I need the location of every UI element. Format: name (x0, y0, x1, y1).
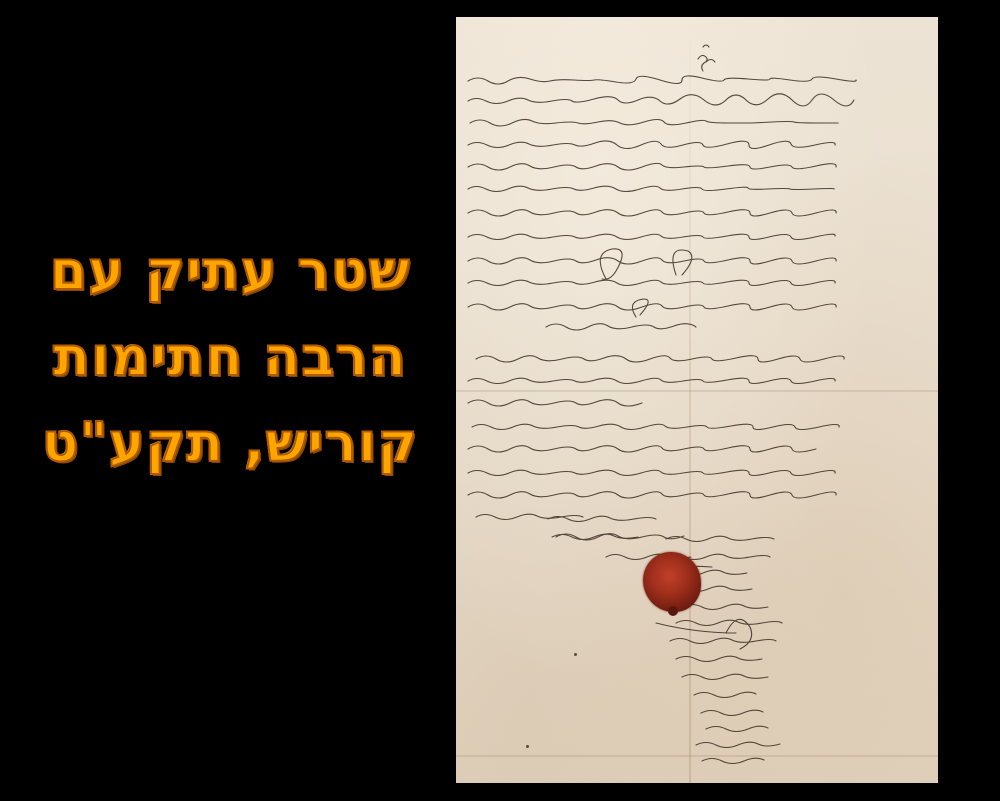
caption-title: שטר עתיק עם הרבה חתימות קוריש, תקע"ט (30, 228, 430, 486)
ink-speck (526, 745, 529, 748)
ink-speck (574, 653, 577, 656)
handwritten-text (456, 17, 938, 783)
caption-line-2: הרבה חתימות (30, 314, 430, 400)
wax-seal (643, 552, 701, 612)
caption-line-1: שטר עתיק עם (30, 228, 430, 314)
caption-line-3: קוריש, תקע"ט (30, 400, 430, 486)
manuscript-document (456, 17, 938, 783)
